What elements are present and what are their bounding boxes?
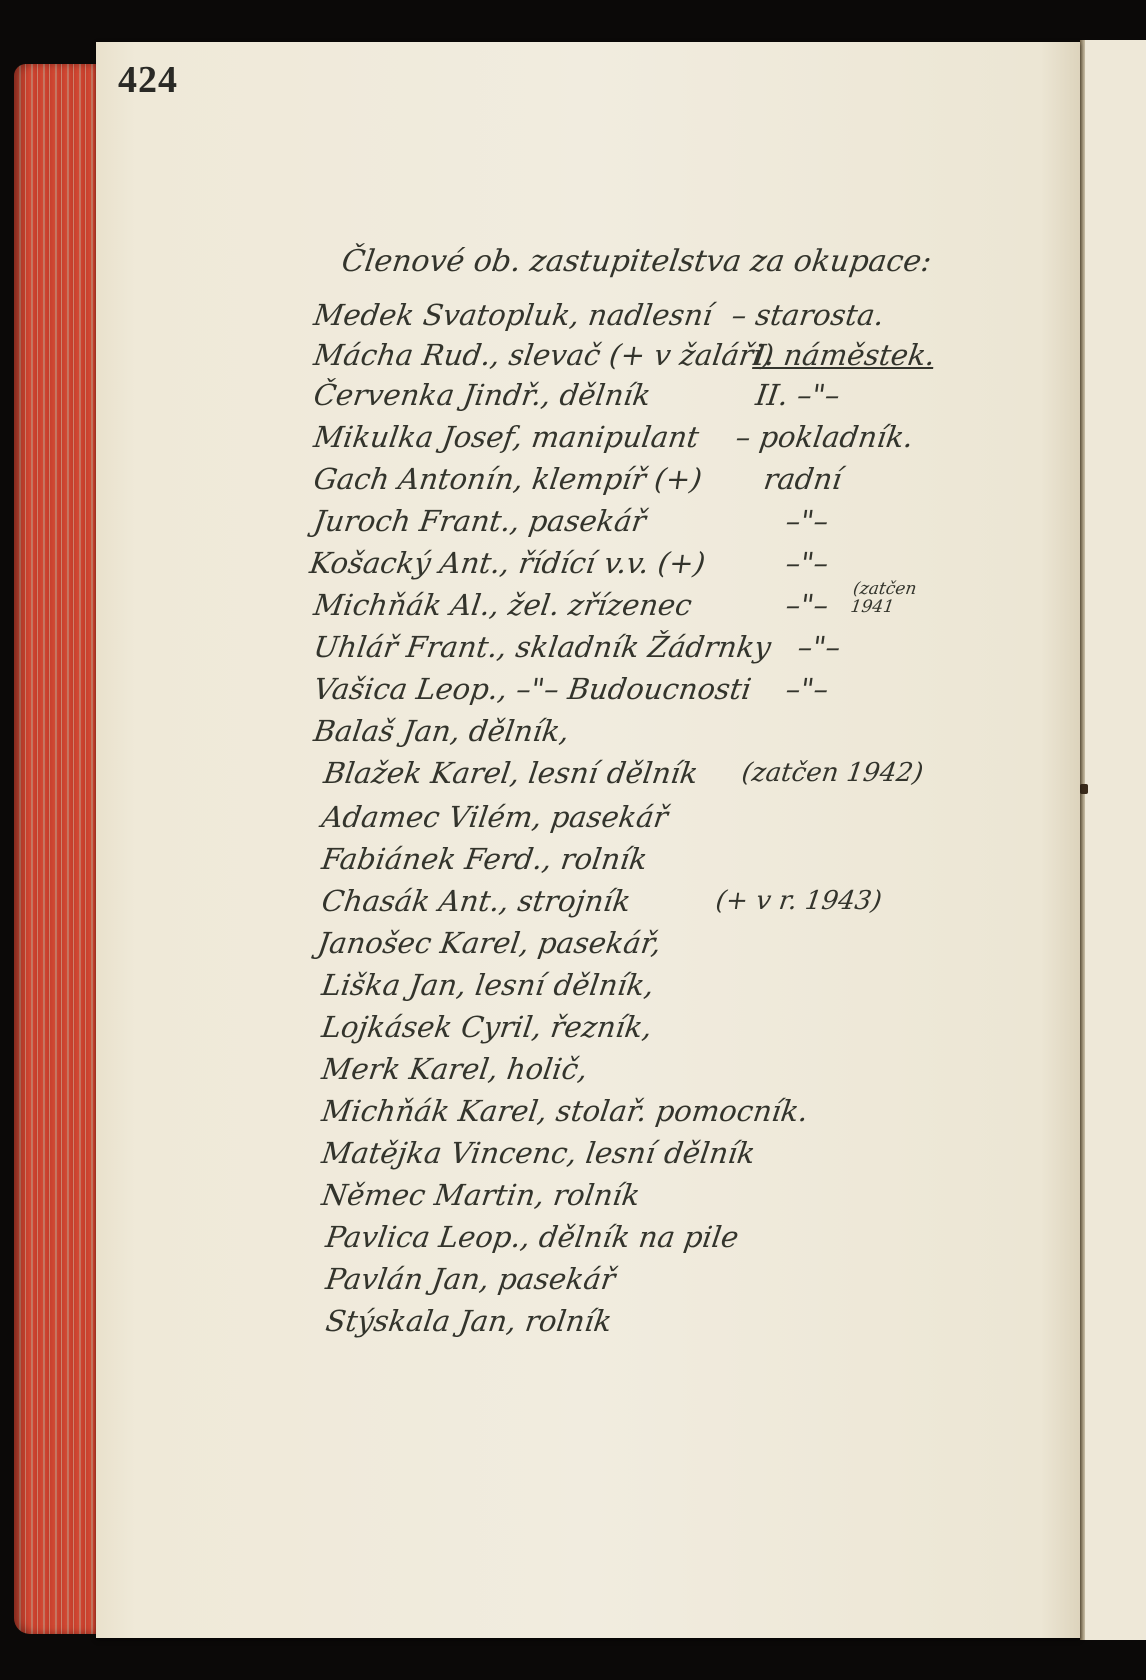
entry-role: –"– [784,672,831,706]
entry-name: Košacký Ant., řídící v.v. (+) [308,546,708,580]
binding-thread [1080,784,1088,794]
entry-role: – starosta. [730,298,887,332]
entry-name: Medek Svatopluk, nadlesní [312,298,715,332]
entry-role: II. –"– [754,378,842,412]
entry-name: Balaš Jan, dělník, [312,714,572,748]
entry-role: –"– [784,546,831,580]
facing-page-edge [1085,40,1146,1640]
entry-name: Uhlář Frant., skladník Žádrnky [312,630,774,664]
entry-name: Liška Jan, lesní dělník, [320,968,657,1002]
page-number: 424 [118,58,178,102]
entry-name: Michňák Karel, stolař. pomocník. [320,1094,811,1128]
entry-name: Janošec Karel, pasekář, [316,926,664,960]
entry-name: Pavlán Jan, pasekář [324,1262,618,1296]
entry-role: radní [762,462,844,496]
manuscript-page: 424 Členové ob. zastupitelstva za okupac… [96,42,1080,1638]
entry-name: Michňák Al., žel. zřízenec [312,588,694,622]
book-page-edges [14,64,104,1634]
entry-name: Matějka Vincenc, lesní dělník [320,1136,758,1170]
entry-name: Mácha Rud., slevač (+ v žaláři) [312,338,776,372]
entry-note: (zatčen 1942) [740,758,925,788]
entry-name: Adamec Vilém, pasekář [320,800,670,834]
entry-name: Chasák Ant., strojník [320,884,633,918]
entry-note: (+ v r. 1943) [714,886,884,916]
entry-name: Stýskala Jan, rolník [324,1304,614,1338]
entry-role: – pokladník. [734,420,916,454]
entry-name: Lojkásek Cyril, řezník, [320,1010,655,1044]
entry-name: Gach Antonín, klempíř (+) [312,462,705,496]
entry-role: –"– [796,630,843,664]
entry-name: Merk Karel, holič, [320,1052,590,1086]
entry-role: –"– [784,588,831,622]
entry-name: Juroch Frant., pasekář [312,504,648,538]
entry-note: (zatčen 1941 [849,580,934,616]
entry-name: Vašica Leop., –"– Budoucnosti [312,672,754,706]
entry-name: Blažek Karel, lesní dělník [322,756,701,790]
entry-name: Červenka Jindř., dělník [312,378,653,412]
entry-name: Pavlica Leop., dělník na pile [324,1220,741,1254]
entry-name: Němec Martin, rolník [320,1178,642,1212]
entry-name: Fabiánek Ferd., rolník [320,842,650,876]
entry-role: I. náměstek. [752,338,938,372]
entry-name: Mikulka Josef, manipulant [312,420,701,454]
entry-role: –"– [784,504,831,538]
page-title: Členové ob. zastupitelstva za okupace: [340,244,934,279]
